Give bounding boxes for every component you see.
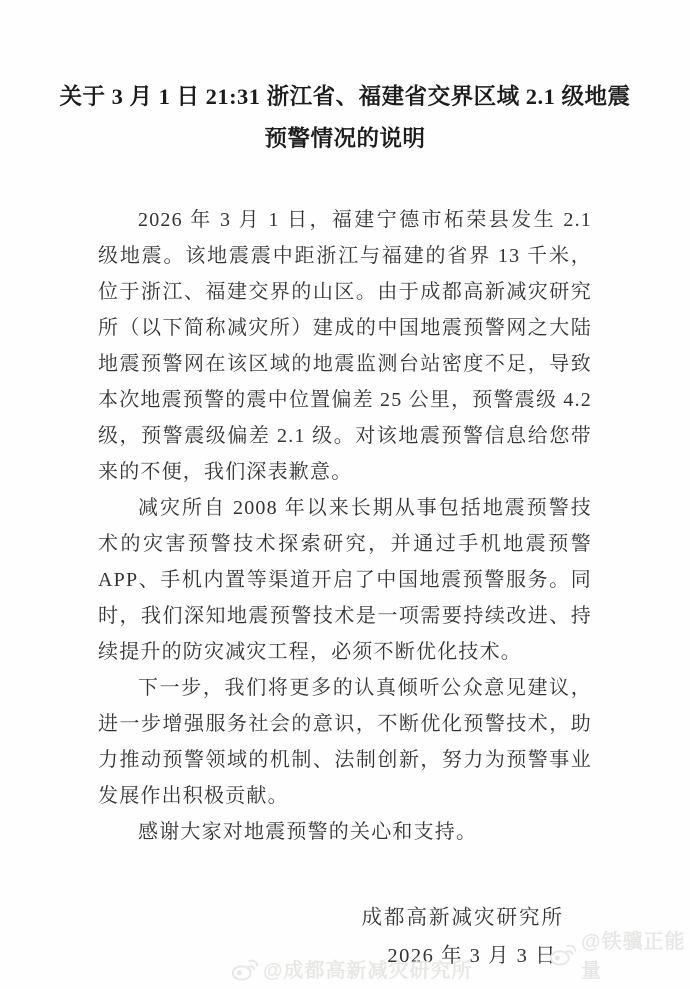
signature-org: 成都高新减灾研究所 [0, 900, 564, 936]
watermark-row: @成都高新减灾研究所 @铁骥正能量 [0, 953, 690, 983]
watermark-right: @铁骥正能量 [549, 925, 690, 983]
title-line-1: 关于 3 月 1 日 21:31 浙江省、福建省交界区域 2.1 级地震 [50, 76, 640, 118]
paragraph-3: 下一步，我们将更多的认真倾听公众意见建议，进一步增强服务社会的意识，不断优化预警… [98, 670, 592, 814]
paragraph-1: 2026 年 3 月 1 日，福建宁德市柘荣县发生 2.1 级地震。该地震震中距… [98, 202, 592, 490]
document-title: 关于 3 月 1 日 21:31 浙江省、福建省交界区域 2.1 级地震 预警情… [50, 76, 640, 160]
document-page: 关于 3 月 1 日 21:31 浙江省、福建省交界区域 2.1 级地震 预警情… [0, 0, 690, 989]
watermark-center: @成都高新减灾研究所 [231, 954, 473, 983]
watermark-right-label: @铁骥正能量 [581, 925, 690, 983]
paragraph-4: 感谢大家对地震预警的关心和支持。 [98, 814, 592, 850]
title-line-2: 预警情况的说明 [50, 118, 640, 160]
paragraph-2: 减灾所自 2008 年以来长期从事包括地震预警技术的灾害预警技术探索研究，并通过… [98, 490, 592, 670]
watermark-center-label: @成都高新减灾研究所 [263, 954, 473, 983]
weibo-icon [231, 957, 258, 981]
weibo-icon [549, 942, 576, 966]
document-body: 2026 年 3 月 1 日，福建宁德市柘荣县发生 2.1 级地震。该地震震中距… [98, 202, 592, 850]
